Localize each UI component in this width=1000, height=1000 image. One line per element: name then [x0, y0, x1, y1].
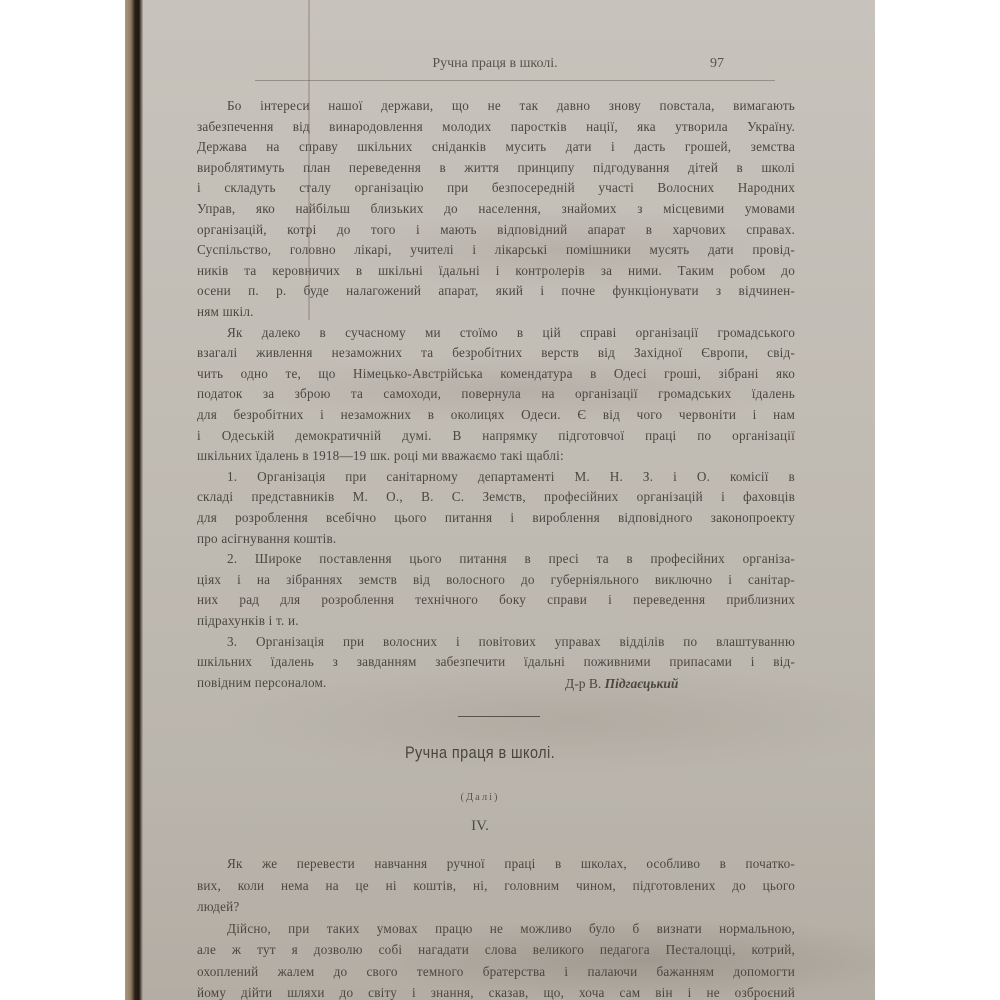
text-line: 3. Організація при волосних і повітових … [227, 634, 795, 650]
signature-name: Підгаєцький [605, 676, 679, 691]
text-line: Управ, яко найбільш близьких до населенн… [197, 201, 795, 217]
text-line: взагалі живлення незаможних та безробітн… [197, 345, 795, 361]
text-line: і складуть сталу організацію при безпосе… [197, 180, 795, 196]
text-line: але ж тут я дозволю собі нагадати слова … [197, 942, 795, 958]
text-line: осени п. р. буде налагожений апарат, яки… [197, 283, 795, 299]
text-line: ням шкіл. [197, 304, 795, 320]
text-line: Бо інтереси нашої держави, що не так дав… [227, 98, 795, 114]
section-number: IV. [330, 818, 630, 835]
text-line: людей? [197, 899, 795, 915]
text-line: вих, коли нема на це ні коштів, ні, голо… [197, 878, 795, 894]
text-line: 1. Організація при санітарному департаме… [227, 469, 795, 485]
text-line: організацій, котрі до того і мають відпо… [197, 222, 795, 238]
text-line: Як же перевести навчання ручної праці в … [227, 856, 795, 872]
text-line: чить одно те, що Німецько-Австрійська ко… [197, 366, 795, 382]
article-title: Ручна праця в школі. [353, 743, 608, 763]
text-line: повідним персоналом. [197, 675, 795, 691]
text-line: вироблятимуть план переведення в життя п… [197, 160, 795, 176]
header-rule [255, 80, 775, 81]
text-line: забезпечення від винародовлення молодих … [197, 119, 795, 135]
text-line: йому дійти шляхи до світу і знання, сказ… [197, 985, 795, 1000]
text-line: Держава на справу шкільних сніданків мус… [197, 139, 795, 155]
text-line: Як далеко в сучасному ми стоїмо в цій сп… [227, 325, 795, 341]
author-signature: Д-р В. Підгаєцький [565, 676, 678, 692]
text-line: про асігнування коштів. [197, 531, 795, 547]
signature-prefix: Д-р В. [565, 676, 601, 691]
section-separator [458, 716, 540, 717]
text-line: ціях і на зібраннях земств від волосного… [197, 572, 795, 588]
text-line: Суспільство, головно лікарі, учителі і л… [197, 242, 795, 258]
text-line: ників та керовничих в шкільні їдальні і … [197, 263, 795, 279]
text-line: податок за зброю та самоходи, повернула … [197, 386, 795, 402]
text-line: 2. Широке поставлення цього питання в пр… [227, 551, 795, 567]
text-line: складі представників М. О., В. С. Земств… [197, 489, 795, 505]
text-line: шкільних їдалень з завданням забезпечити… [197, 654, 795, 670]
text-line: охоплений жалем до свого темного братерс… [197, 964, 795, 980]
text-line: них рад для розроблення технічного боку … [197, 592, 795, 608]
text-line: шкільних їдалень в 1918—19 шк. році ми в… [197, 448, 795, 464]
page-number: 97 [710, 56, 724, 72]
text-line: для безробітних і незаможних в околицях … [197, 407, 795, 423]
text-line: для розроблення всебічно цього питання і… [197, 510, 795, 526]
text-line: і Одеській демократичній думі. В напрямк… [197, 428, 795, 444]
text-line: підрахунків і т. и. [197, 613, 795, 629]
running-title: Ручна праця в школі. [380, 56, 610, 72]
text-line: Дійсно, при таких умовах працю не можлив… [227, 921, 795, 937]
continued-label: (Далі) [330, 792, 630, 803]
